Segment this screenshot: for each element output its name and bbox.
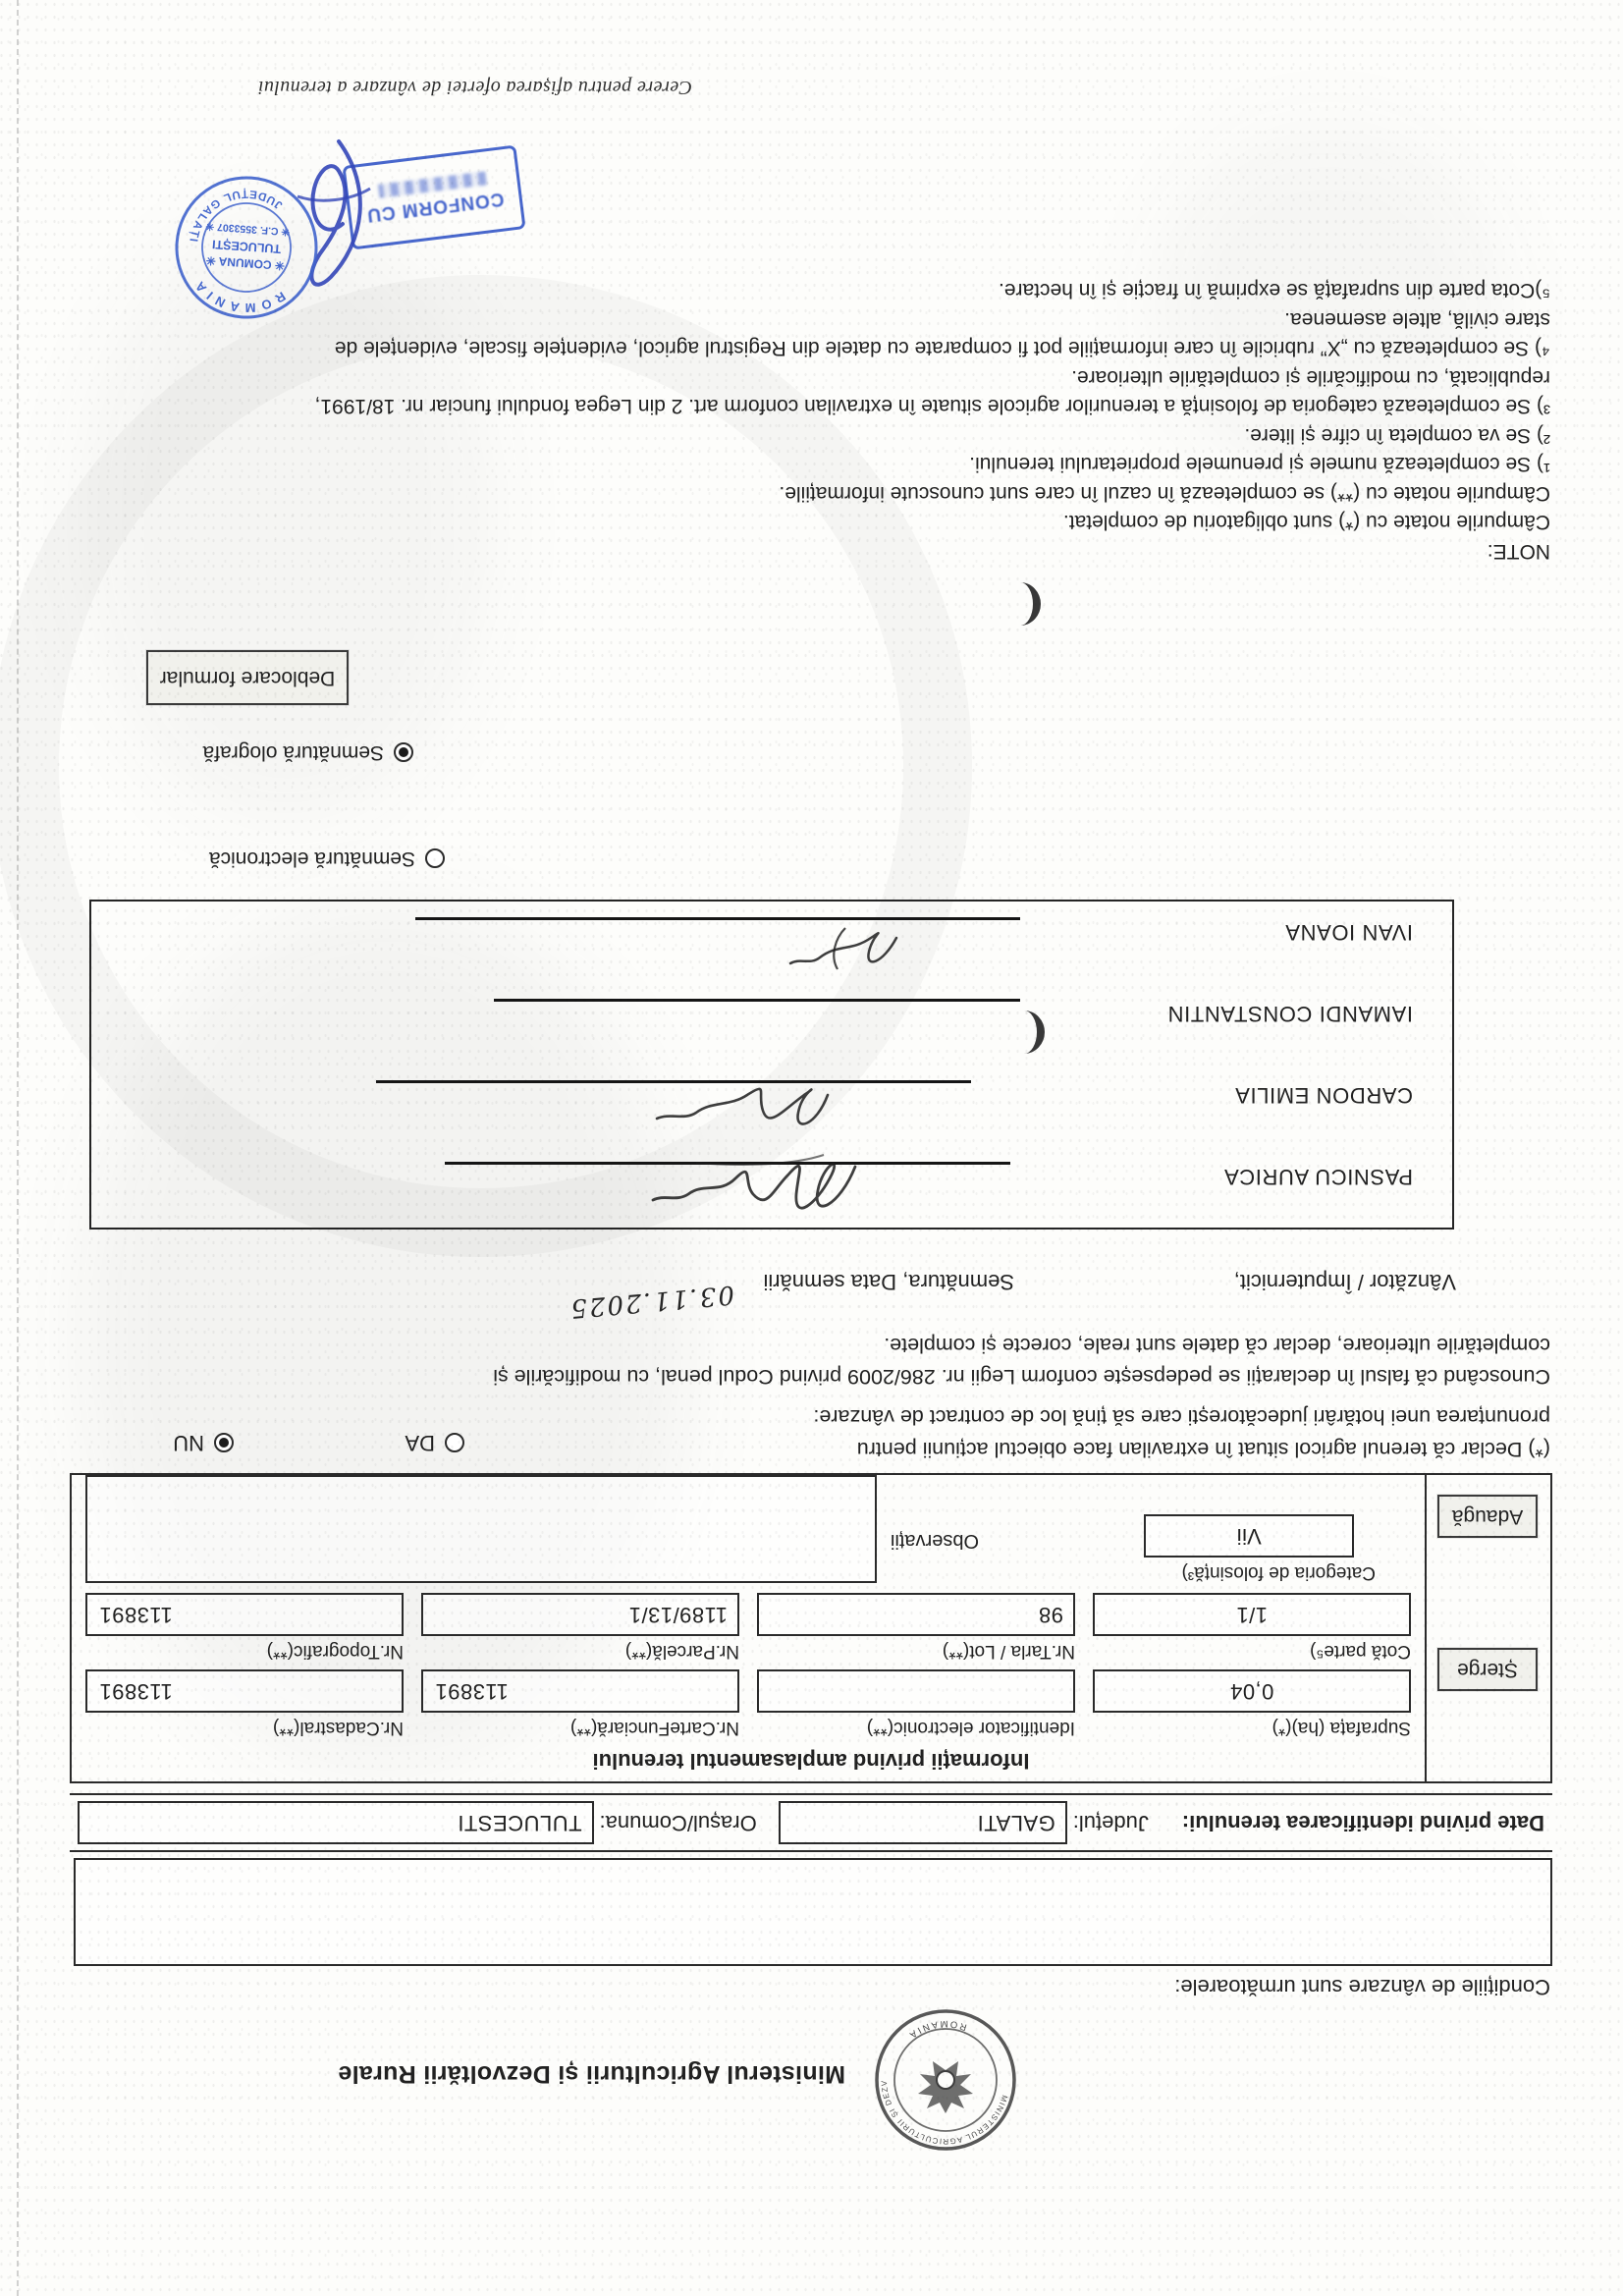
signer-name: CARDON EMILIA xyxy=(1020,1080,1413,1108)
ink-crescent-artifact xyxy=(1010,579,1050,629)
note-line: ¹) Se completează numele și prenumele pr… xyxy=(58,450,1550,479)
electronic-id-label: Identificator electronic(**) xyxy=(757,1717,1075,1738)
observations-label: Observații xyxy=(891,1475,979,1552)
land-placement-table: Informații privind amplasamentul terenul… xyxy=(70,1473,1552,1783)
topographic-label: Nr.Topografic(**) xyxy=(85,1640,404,1662)
use-category-label: Categoria de folosință³) xyxy=(1018,1561,1376,1583)
note-line: Câmpurile notate cu (*) sunt obligatoriu… xyxy=(58,508,1550,537)
electronic-signature-label: Semnătură electronică xyxy=(209,847,415,870)
da-label: DA xyxy=(405,1430,435,1455)
notes-title: NOTE: xyxy=(58,537,1550,567)
signers-box: PASNICU AURICA CARDON EMILIA IAMANDI CON… xyxy=(89,900,1454,1230)
note-line: Câmpurile notate cu (**) se completează … xyxy=(58,479,1550,509)
block-lot-value: 98 xyxy=(1039,1602,1063,1627)
observations-input[interactable] xyxy=(85,1475,877,1583)
signer-name: IAMANDI CONSTANTIN xyxy=(1020,999,1413,1026)
footer-caption: Cerere pentru afișarea ofertei de vânzar… xyxy=(258,76,692,98)
oath-statement: Cunoscând că falsul în declarații se ped… xyxy=(68,1330,1550,1393)
oath-line-2: completările ulterioare, declar că datel… xyxy=(68,1330,1550,1361)
unlock-form-button[interactable]: Deblocare formular xyxy=(146,650,349,705)
signature-line xyxy=(376,1080,971,1083)
round-stamp-line2: TULUCEȘTI xyxy=(212,238,282,256)
signature-line xyxy=(415,917,1020,920)
electronic-id-input[interactable] xyxy=(757,1669,1075,1713)
handwritten-signature xyxy=(618,1149,863,1224)
commune-label: Orașul/Comuna: xyxy=(600,1810,757,1835)
cadastral-value: 113891 xyxy=(99,1678,173,1704)
land-book-input[interactable]: 113891 xyxy=(421,1669,739,1713)
handwritten-signature xyxy=(627,1075,834,1138)
add-row-button[interactable]: Adaugă xyxy=(1437,1495,1538,1538)
sale-conditions-label: Condițiile de vânzare sunt următoarele: xyxy=(1174,1974,1550,1999)
share-label: Cotă parte⁵) xyxy=(1093,1640,1411,1662)
holographic-signature-label: Semnătură olografă xyxy=(203,740,384,764)
signer-name: PASNICU AURICA xyxy=(1020,1162,1413,1189)
land-table-button-column: Șterge Adaugă xyxy=(1425,1475,1550,1781)
holographic-signature-radio[interactable] xyxy=(394,742,413,762)
parcel-input[interactable]: 1189/13/1 xyxy=(421,1593,739,1636)
handwritten-signature xyxy=(735,916,902,973)
declaration-da-option[interactable]: DA xyxy=(405,1430,464,1455)
declaration-nu-option[interactable]: NU xyxy=(173,1430,234,1455)
note-line: ²) Se va completa în cifre și litere. xyxy=(58,421,1550,451)
land-book-value: 113891 xyxy=(435,1678,509,1704)
cadastral-input[interactable]: 113891 xyxy=(85,1669,404,1713)
electronic-signature-option[interactable]: Semnătură electronică xyxy=(209,847,445,870)
topographic-value: 113891 xyxy=(99,1602,173,1627)
round-stamp-line3: ✳ C.F. 3553307 ✳ xyxy=(205,220,291,238)
note-line: ³) Se completează categoria de folosință… xyxy=(58,392,1550,421)
land-book-label: Nr.CarteFunciară(**) xyxy=(421,1717,739,1738)
cadastral-label: Nr.Cadastral(**) xyxy=(85,1717,404,1738)
note-line: ⁴) Se completează cu „X” rubricile în ca… xyxy=(58,334,1550,363)
commune-value: TULUCESTI xyxy=(458,1810,582,1835)
parcel-label: Nr.Parcelă(**) xyxy=(421,1640,739,1662)
commune-round-stamp: ROMANIA JUDEȚUL GALAȚI ✳ COMUNA ✳ TULUCE… xyxy=(167,168,326,327)
use-category-value: Vii xyxy=(1236,1523,1262,1549)
land-table-title: Informații privind amplasamentul terenul… xyxy=(72,1748,1550,1774)
area-value: 0,04 xyxy=(1230,1678,1274,1704)
round-stamp-line1: ✳ COMUNA ✳ xyxy=(205,253,285,273)
parcel-value: 1189/13/1 xyxy=(628,1602,728,1627)
declaration-line-2: pronunțarea unei hotărâri judecătorești … xyxy=(765,1400,1550,1433)
perforation-line xyxy=(17,0,19,2296)
extravilan-declaration: (*) Declar că terenul agricol situat în … xyxy=(765,1400,1550,1465)
nu-radio[interactable] xyxy=(214,1433,234,1452)
use-category-input[interactable]: Vii xyxy=(1144,1514,1354,1558)
county-value: GALATI xyxy=(977,1810,1055,1835)
county-label: Județul: xyxy=(1073,1810,1149,1835)
sale-conditions-input[interactable] xyxy=(74,1858,1552,1966)
share-value: 1/1 xyxy=(1236,1602,1268,1627)
note-line: republicată, cu modificările și completă… xyxy=(58,363,1550,393)
page-title: Ministerul Agriculturii și Dezvoltării R… xyxy=(338,2059,845,2088)
topographic-input[interactable]: 113891 xyxy=(85,1593,404,1636)
signature-line xyxy=(445,1162,1010,1165)
seller-caption: Vânzător / Împuternicit, xyxy=(1234,1269,1456,1294)
da-radio[interactable] xyxy=(445,1433,464,1452)
scanned-form-page: MINISTERUL AGRICULTURII ȘI DEZVOLTĂRII R… xyxy=(0,0,1623,2296)
land-identification-row: Date privind identificarea terenului: Ju… xyxy=(70,1793,1552,1852)
area-label: Suprafața (ha)(*) xyxy=(1093,1717,1411,1738)
signer-row: PASNICU AURICA xyxy=(91,1146,1452,1228)
signer-name: IVAN IOANA xyxy=(1020,917,1413,945)
holographic-signature-option[interactable]: Semnătură olografă xyxy=(203,740,413,764)
signer-row: CARDON EMILIA xyxy=(91,1065,1452,1146)
area-input[interactable]: 0,04 xyxy=(1093,1669,1411,1713)
commune-input[interactable]: TULUCESTI xyxy=(78,1801,594,1844)
block-lot-label: Nr.Tarla / Lot(**) xyxy=(757,1640,1075,1662)
land-table-fields: Suprafața (ha)(*) 0,04 Identificator ele… xyxy=(72,1475,1425,1742)
signer-row: IAMANDI CONSTANTIN xyxy=(91,983,1452,1065)
block-lot-input[interactable]: 98 xyxy=(757,1593,1075,1636)
ministry-seal-icon: MINISTERUL AGRICULTURII ȘI DEZVOLTĂRII R… xyxy=(873,2007,1018,2153)
nu-label: NU xyxy=(173,1430,204,1455)
signature-date-caption: Semnătura, Data semnării xyxy=(763,1269,1014,1294)
identification-label: Date privind identificarea terenului: xyxy=(1182,1810,1544,1835)
signature-line xyxy=(494,999,1020,1002)
handwritten-signing-date: 03.11.2025 xyxy=(568,1286,734,1316)
signer-row: IVAN IOANA xyxy=(91,902,1452,983)
electronic-signature-radio[interactable] xyxy=(425,848,445,868)
share-input[interactable]: 1/1 xyxy=(1093,1593,1411,1636)
oath-line-1: Cunoscând că falsul în declarații se ped… xyxy=(68,1361,1550,1393)
declaration-line-1: (*) Declar că terenul agricol situat în … xyxy=(765,1433,1550,1465)
delete-row-button[interactable]: Șterge xyxy=(1437,1648,1538,1691)
county-input[interactable]: GALATI xyxy=(779,1801,1067,1844)
